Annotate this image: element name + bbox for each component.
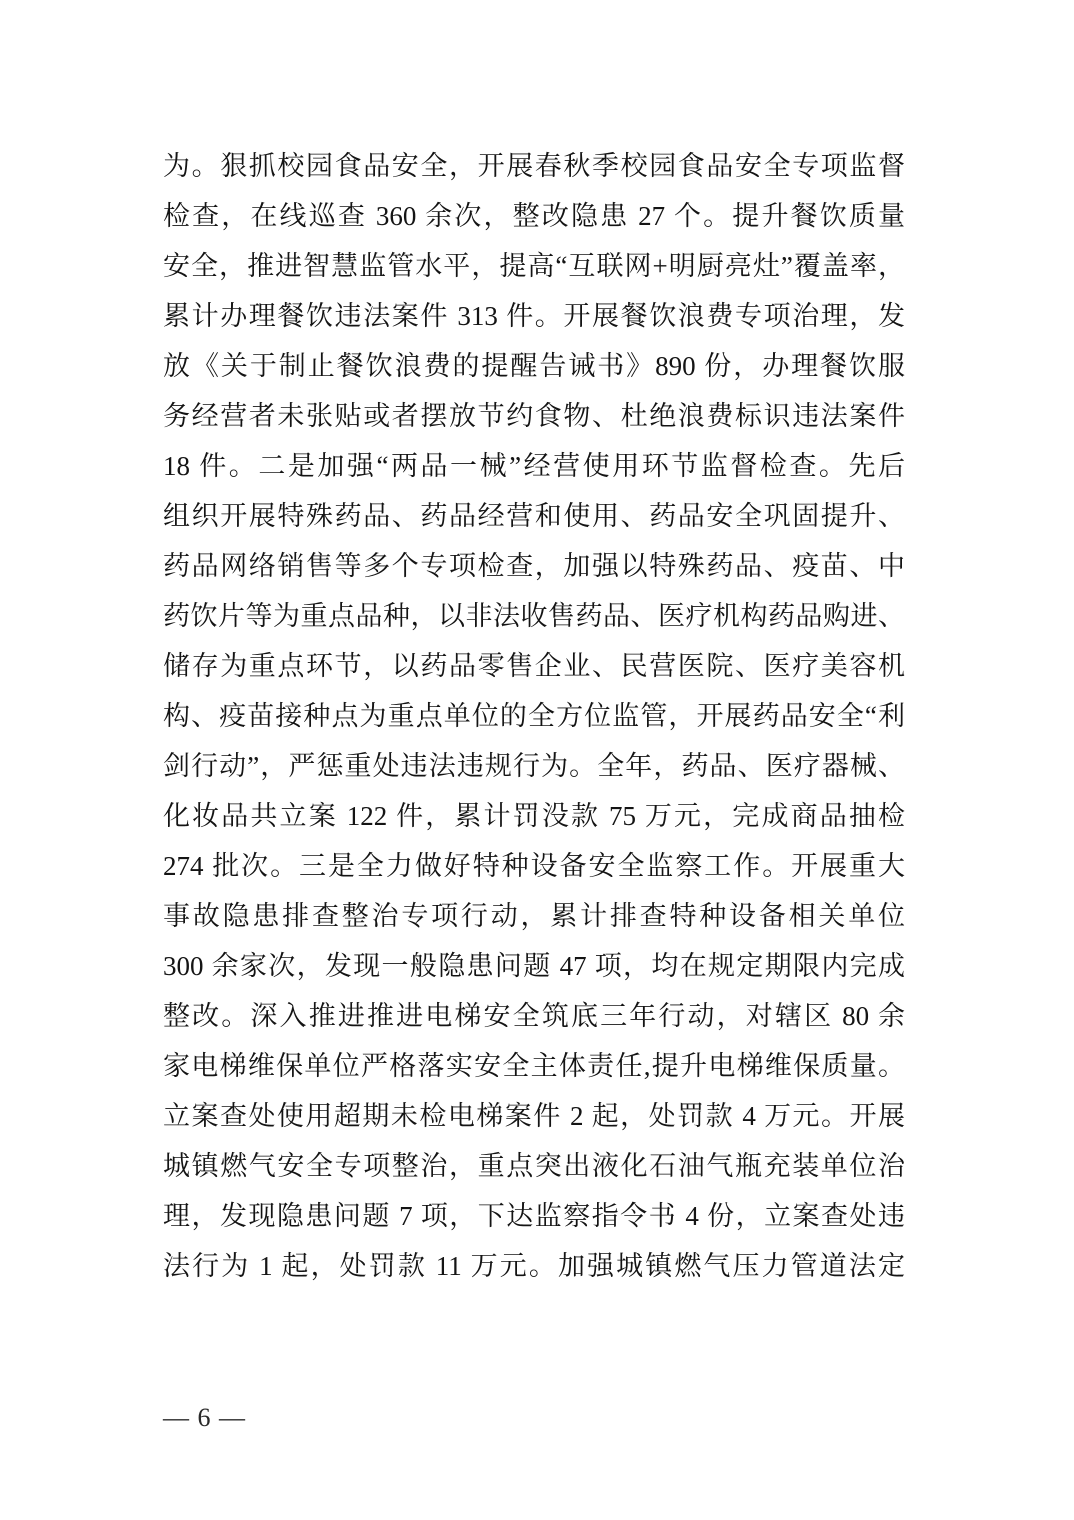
page-number: — 6 — bbox=[163, 1402, 246, 1434]
text-line: 务经营者未张贴或者摆放节约食物、杜绝浪费标识违法案件 bbox=[163, 391, 905, 441]
text-line: 家电梯维保单位严格落实安全主体责任,提升电梯维保质量。 bbox=[163, 1041, 905, 1091]
text-line: 城镇燃气安全专项整治，重点突出液化石油气瓶充装单位治 bbox=[163, 1141, 905, 1191]
text-line: 剑行动”，严惩重处违法违规行为。全年，药品、医疗器械、 bbox=[163, 741, 905, 791]
text-line: 274 批次。三是全力做好特种设备安全监察工作。开展重大 bbox=[163, 841, 905, 891]
body-text-block: 为。狠抓校园食品安全，开展春秋季校园食品安全专项监督检查，在线巡查 360 余次… bbox=[163, 141, 905, 1291]
text-line: 立案查处使用超期未检电梯案件 2 起，处罚款 4 万元。开展 bbox=[163, 1091, 905, 1141]
text-line: 整改。深入推进推进电梯安全筑底三年行动，对辖区 80 余 bbox=[163, 991, 905, 1041]
text-line: 组织开展特殊药品、药品经营和使用、药品安全巩固提升、 bbox=[163, 491, 905, 541]
text-line: 理，发现隐患问题 7 项，下达监察指令书 4 份，立案查处违 bbox=[163, 1191, 905, 1241]
text-line: 300 余家次，发现一般隐患问题 47 项，均在规定期限内完成 bbox=[163, 941, 905, 991]
text-line: 药品网络销售等多个专项检查，加强以特殊药品、疫苗、中 bbox=[163, 541, 905, 591]
text-line: 法行为 1 起，处罚款 11 万元。加强城镇燃气压力管道法定 bbox=[163, 1241, 905, 1291]
text-line: 储存为重点环节，以药品零售企业、民营医院、医疗美容机 bbox=[163, 641, 905, 691]
text-line: 药饮片等为重点品种，以非法收售药品、医疗机构药品购进、 bbox=[163, 591, 905, 641]
text-line: 检查，在线巡查 360 余次，整改隐患 27 个。提升餐饮质量 bbox=[163, 191, 905, 241]
text-line: 构、疫苗接种点为重点单位的全方位监管，开展药品安全“利 bbox=[163, 691, 905, 741]
text-line: 放《关于制止餐饮浪费的提醒告诫书》890 份，办理餐饮服 bbox=[163, 341, 905, 391]
text-line: 累计办理餐饮违法案件 313 件。开展餐饮浪费专项治理，发 bbox=[163, 291, 905, 341]
document-page: 为。狠抓校园食品安全，开展春秋季校园食品安全专项监督检查，在线巡查 360 余次… bbox=[0, 0, 1074, 1520]
text-line: 事故隐患排查整治专项行动，累计排查特种设备相关单位 bbox=[163, 891, 905, 941]
text-line: 化妆品共立案 122 件，累计罚没款 75 万元，完成商品抽检 bbox=[163, 791, 905, 841]
text-line: 18 件。二是加强“两品一械”经营使用环节监督检查。先后 bbox=[163, 441, 905, 491]
text-line: 为。狠抓校园食品安全，开展春秋季校园食品安全专项监督 bbox=[163, 141, 905, 191]
text-line: 安全，推进智慧监管水平，提高“互联网+明厨亮灶”覆盖率， bbox=[163, 241, 905, 291]
